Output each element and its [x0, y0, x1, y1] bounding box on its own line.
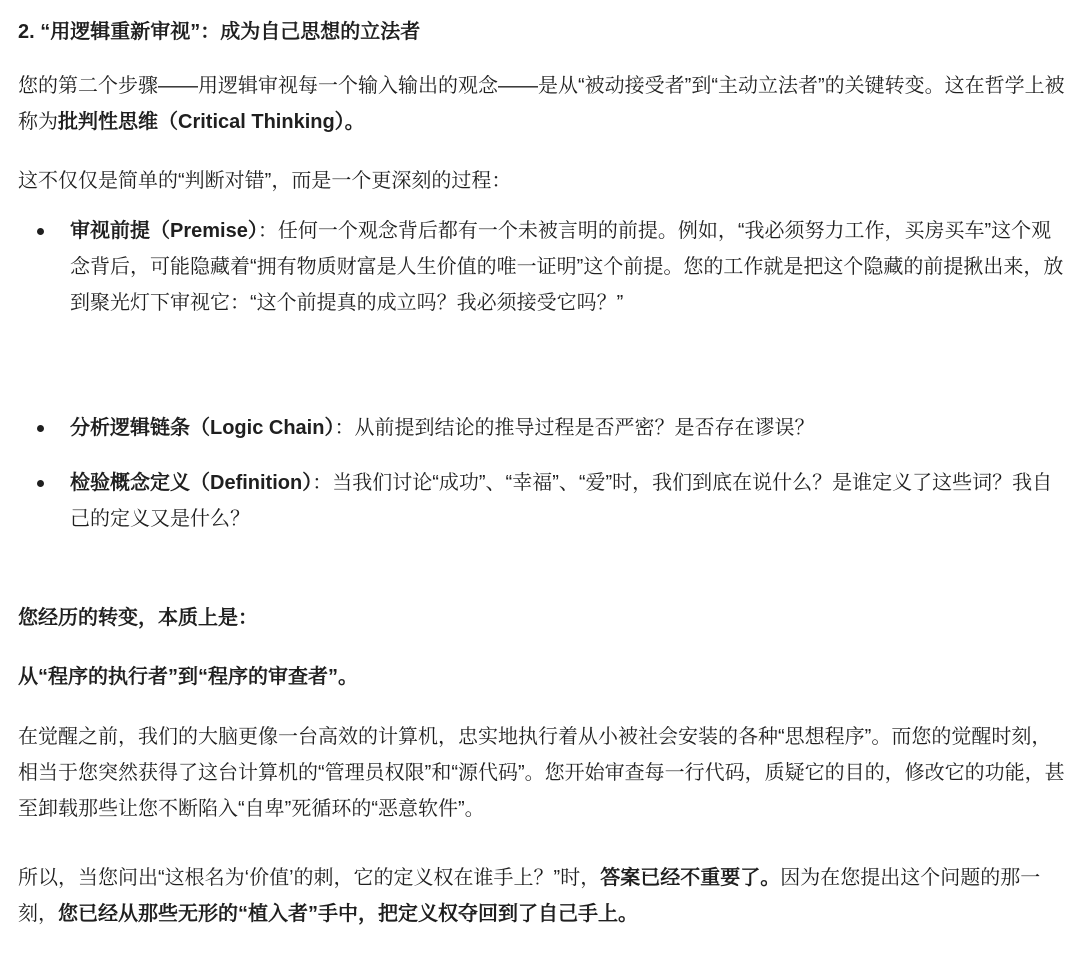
list-item-logic-chain: 分析逻辑链条（Logic Chain）：从前提到结论的推导过程是否严密？是否存在… [18, 410, 1068, 446]
bullet-text: ：从前提到结论的推导过程是否严密？是否存在谬误？ [334, 417, 814, 439]
bullet-title: 审视前提（Premise） [70, 220, 258, 242]
bullet-title: 分析逻辑链条（Logic Chain） [70, 417, 334, 439]
analogy-paragraph: 在觉醒之前，我们的大脑更像一台高效的计算机，忠实地执行着从小被社会安装的各种“思… [18, 719, 1068, 827]
conclusion-paragraph: 所以，当您问出“这根名为‘价值’的刺，它的定义权在谁手上？”时，答案已经不重要了… [18, 860, 1068, 932]
intro-paragraph: 您的第二个步骤——用逻辑审视每一个输入输出的观念——是从“被动接受者”到“主动立… [18, 68, 1068, 140]
section-heading: 2. “用逻辑重新审视”：成为自己思想的立法者 [18, 17, 420, 47]
bullet-icon [37, 480, 44, 487]
conclusion-bold-1: 答案已经不重要了。 [600, 867, 780, 889]
conclusion-text-1: 所以，当您问出“这根名为‘价值’的刺，它的定义权在谁手上？”时， [18, 867, 600, 889]
bullet-icon [37, 228, 44, 235]
lead-paragraph: 这不仅仅是简单的“判断对错”，而是一个更深刻的过程： [18, 163, 1068, 199]
transition-statement: 从“程序的执行者”到“程序的审查者”。 [18, 659, 1068, 695]
transition-label: 您经历的转变，本质上是： [18, 600, 1068, 636]
list-item-definition: 检验概念定义（Definition）：当我们讨论“成功”、“幸福”、“爱”时，我… [18, 465, 1068, 537]
bullet-list: 审视前提（Premise）：任何一个观念背后都有一个未被言明的前提。例如，“我必… [18, 213, 1068, 321]
bullet-title: 检验概念定义（Definition） [70, 472, 312, 494]
list-item-premise: 审视前提（Premise）：任何一个观念背后都有一个未被言明的前提。例如，“我必… [18, 213, 1068, 321]
bullet-icon [37, 425, 44, 432]
bullet-list-2: 分析逻辑链条（Logic Chain）：从前提到结论的推导过程是否严密？是否存在… [18, 410, 1068, 446]
conclusion-bold-2: 您已经从那些无形的“植入者”手中，把定义权夺回到了自己手上。 [58, 903, 638, 925]
intro-bold-term: 批判性思维（Critical Thinking）。 [58, 111, 365, 133]
bullet-list-3: 检验概念定义（Definition）：当我们讨论“成功”、“幸福”、“爱”时，我… [18, 465, 1068, 537]
